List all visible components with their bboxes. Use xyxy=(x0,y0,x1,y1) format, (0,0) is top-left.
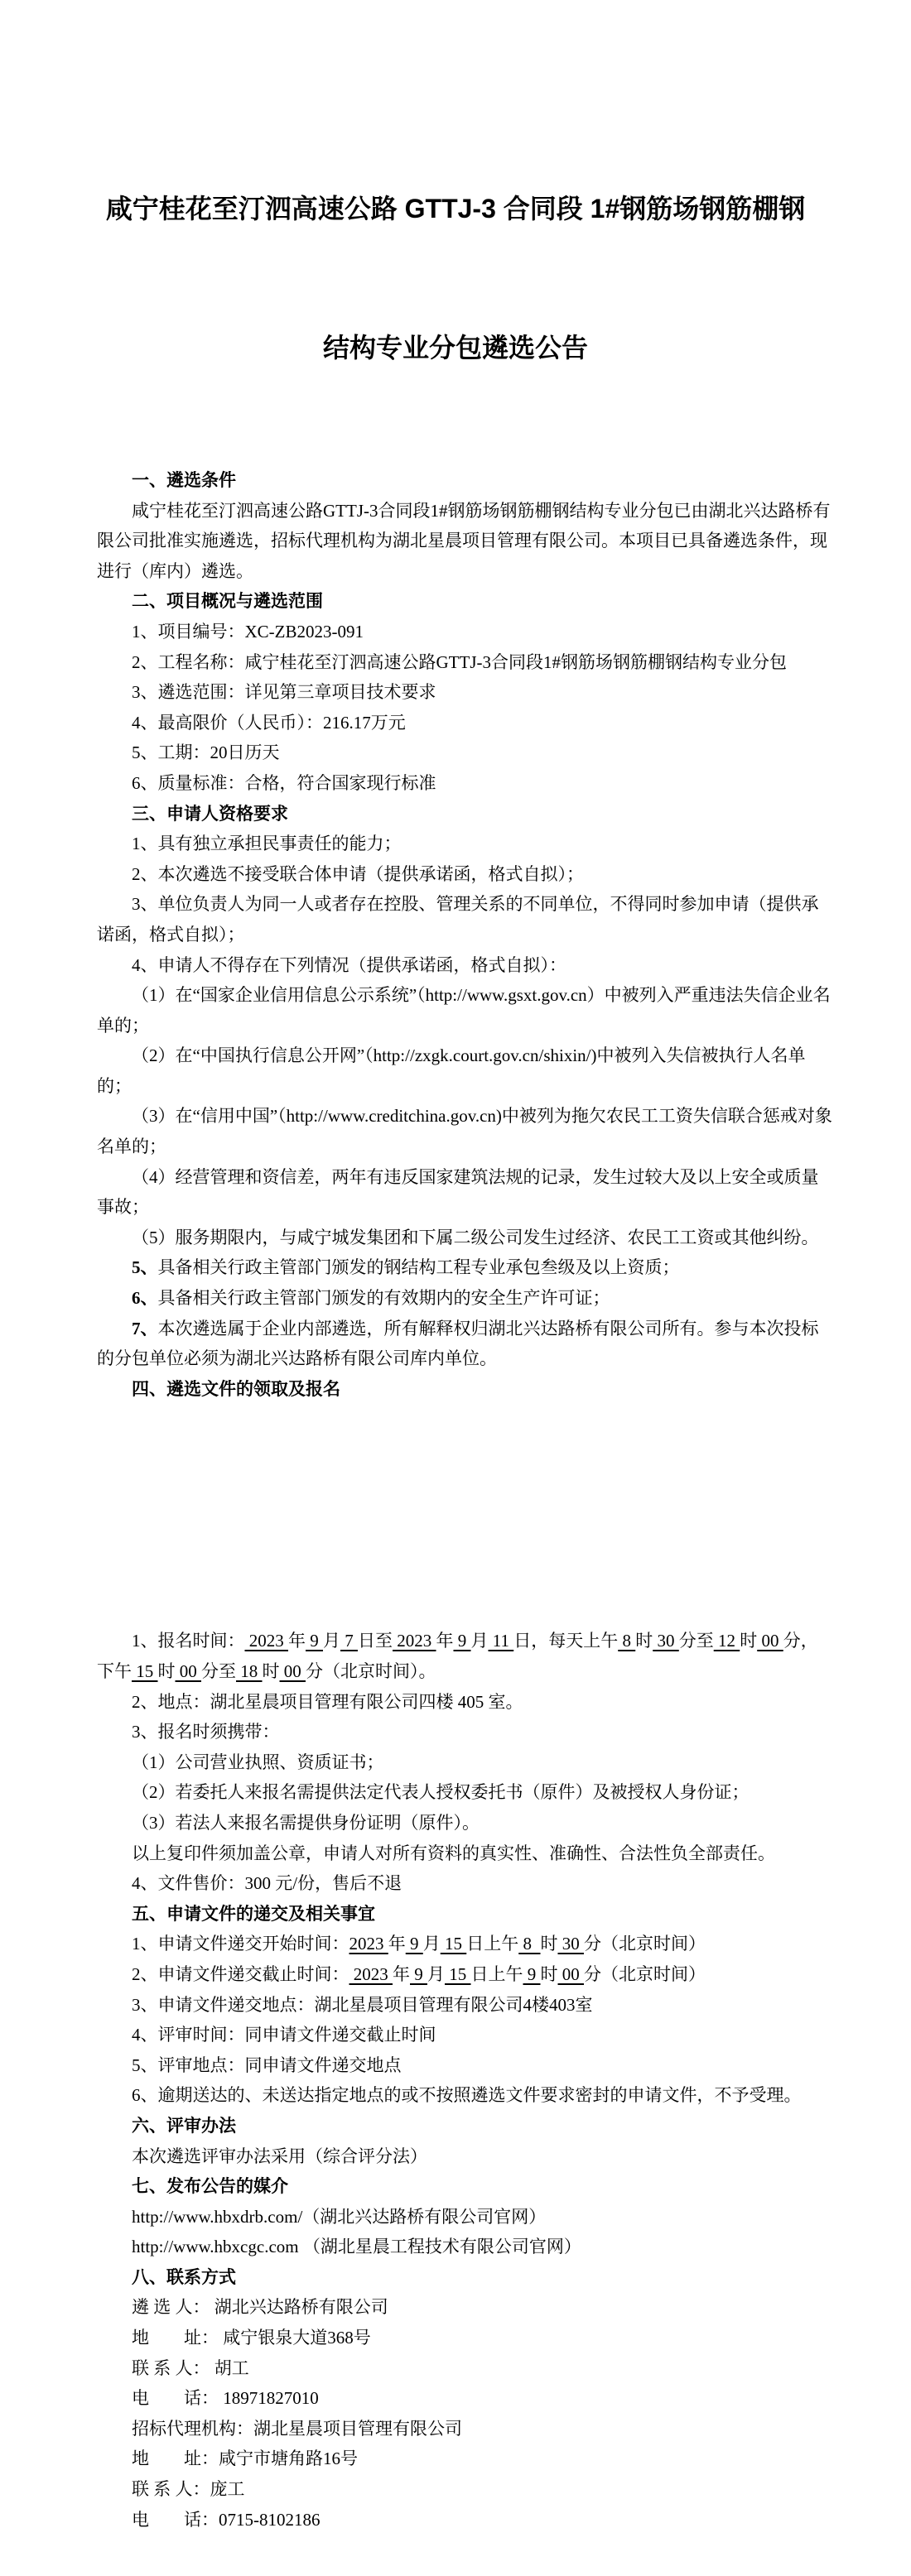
selector-address-line: 地 址： 咸宁银泉大道368号 xyxy=(97,2323,834,2353)
text-segment: 年 xyxy=(393,1964,410,1984)
underlined-value: 18 xyxy=(236,1661,263,1681)
underlined-value: 11 xyxy=(489,1631,514,1651)
underlined-value: 8 xyxy=(518,1934,540,1954)
agency-address-line: 地 址：咸宁市塘角路16号 xyxy=(97,2444,834,2474)
text-segment: 6、 xyxy=(132,1288,158,1308)
bring-item-3: （3）若法人来报名需提供身份证明（原件）。 xyxy=(97,1808,834,1838)
text-segment: 年 xyxy=(388,1934,406,1954)
submission-start-line: 1、申请文件递交开始时间：2023 年 9 月 15 日上午 8 时 30 分（… xyxy=(97,1929,834,1959)
submission-place-line: 3、申请文件递交地点：湖北星晨项目管理有限公司4楼403室 xyxy=(97,1990,834,2021)
text-segment: 日上午 xyxy=(466,1934,518,1954)
text-segment: 年 xyxy=(436,1631,454,1651)
registration-place-line: 2、地点：湖北星晨项目管理有限公司四楼 405 室。 xyxy=(97,1687,834,1718)
agency-phone-line: 电 话：0715-8102186 xyxy=(97,2505,834,2535)
text-segment: 月 xyxy=(427,1964,445,1984)
qualification-item-5: 5、具备相关行政主管部门颁发的钢结构工程专业承包叁级及以上资质； xyxy=(97,1252,834,1283)
section-8-heading: 八、联系方式 xyxy=(97,2262,834,2293)
underlined-value: 9 xyxy=(523,1964,541,1984)
agency-contact-line: 联 系 人：庞工 xyxy=(97,2474,834,2505)
document-title-line-1: 咸宁桂花至汀泗高速公路 GTTJ-3 合同段 1#钢筋场钢筋棚钢 xyxy=(0,185,911,232)
section-2-heading: 二、项目概况与遴选范围 xyxy=(97,586,834,617)
underlined-value: 00 xyxy=(558,1964,585,1984)
copies-note-line: 以上复印件须加盖公章，申请人对所有资料的真实性、准确性、合法性负全部责任。 xyxy=(97,1838,834,1869)
duration-line: 5、工期：20日历天 xyxy=(97,738,834,768)
text-segment: 具备相关行政主管部门颁发的有效期内的安全生产许可证； xyxy=(158,1288,610,1308)
text-segment: 日上午 xyxy=(471,1964,523,1984)
underlined-value: 30 xyxy=(653,1631,679,1651)
underlined-value: 9 xyxy=(306,1631,323,1651)
text-segment: 分至 xyxy=(201,1661,236,1681)
project-name-line: 2、工程名称：咸宁桂花至汀泗高速公路GTTJ-3合同段1#钢筋场钢筋棚钢结构专业… xyxy=(97,647,834,678)
section-7-heading: 七、发布公告的媒介 xyxy=(97,2171,834,2202)
document-title: 咸宁桂花至汀泗高速公路 GTTJ-3 合同段 1#钢筋场钢筋棚钢 结构专业分包遴… xyxy=(0,93,911,464)
qualification-item-4-sub-3: （3）在“信用中国”（http://www.creditchina.gov.cn… xyxy=(97,1101,834,1161)
underlined-value: 7 xyxy=(340,1631,358,1651)
registration-time-line: 1、报名时间： 2023 年 9 月 7 日至 2023 年 9 月 11 日，… xyxy=(97,1626,834,1686)
text-segment: 分（北京时间）。 xyxy=(306,1661,436,1681)
project-number-line: 1、项目编号：XC-ZB2023-091 xyxy=(97,617,834,647)
max-price-line: 4、最高限价（人民币）：216.17万元 xyxy=(97,708,834,738)
underlined-value: 00 xyxy=(757,1631,783,1651)
qualification-item-7: 7、本次遴选属于企业内部遴选，所有解释权归湖北兴达路桥有限公司所有。参与本次投标… xyxy=(97,1314,834,1374)
selector-phone-line: 电 话： 18971827010 xyxy=(97,2383,834,2414)
text-segment: 日至 xyxy=(358,1631,393,1651)
text-segment: 月 xyxy=(423,1934,441,1954)
underlined-value: 2023 xyxy=(349,1934,388,1954)
text-segment: 具备相关行政主管部门颁发的钢结构工程专业承包叁级及以上资质； xyxy=(158,1257,680,1277)
text-segment: 年 xyxy=(288,1631,306,1651)
section-1-heading: 一、遴选条件 xyxy=(97,465,834,496)
text-segment: 时 xyxy=(541,1934,558,1954)
underlined-value: 9 xyxy=(410,1964,427,1984)
qualification-item-1: 1、具有独立承担民事责任的能力； xyxy=(97,829,834,859)
section-5-heading: 五、申请文件的递交及相关事宜 xyxy=(97,1899,834,1930)
qualification-item-4: 4、申请人不得存在下列情况（提供承诺函，格式自拟）： xyxy=(97,950,834,981)
text-segment: 月 xyxy=(471,1631,489,1651)
qualification-item-3: 3、单位负责人为同一人或者存在控股、管理关系的不同单位，不得同时参加申请（提供承… xyxy=(97,889,834,949)
section-6-heading: 六、评审办法 xyxy=(97,2111,834,2141)
text-segment: 分（北京时间） xyxy=(584,1964,706,1984)
text-segment: 月 xyxy=(323,1631,340,1651)
text-segment: 分（北京时间） xyxy=(584,1934,706,1954)
review-place-line: 5、评审地点：同申请文件递交地点 xyxy=(97,2050,834,2081)
text-segment: 分至 xyxy=(679,1631,714,1651)
underlined-value: 00 xyxy=(280,1661,306,1681)
section-1-paragraph: 咸宁桂花至汀泗高速公路GTTJ-3合同段1#钢筋场钢筋棚钢结构专业分包已由湖北兴… xyxy=(97,496,834,587)
text-segment: 5、 xyxy=(132,1257,158,1277)
selector-name-line: 遴 选 人： 湖北兴达路桥有限公司 xyxy=(97,2292,834,2323)
underlined-value: 2023 xyxy=(393,1631,436,1651)
media-link-hbxdrb: http://www.hbxdrb.com/（湖北兴达路桥有限公司官网） xyxy=(97,2202,834,2232)
media-link-hbxcgc: http://www.hbxcgc.com （湖北星晨工程技术有限公司官网） xyxy=(97,2232,834,2262)
section-4-heading: 四、遴选文件的领取及报名 xyxy=(97,1374,834,1405)
review-time-line: 4、评审时间：同申请文件递交截止时间 xyxy=(97,2020,834,2050)
section-3-heading: 三、申请人资格要求 xyxy=(97,799,834,829)
text-segment: 1、报名时间： xyxy=(132,1631,245,1651)
underlined-value: 00 xyxy=(176,1661,202,1681)
qualification-item-2: 2、本次遴选不接受联合体申请（提供承诺函，格式自拟）； xyxy=(97,859,834,890)
text-segment: 2、申请文件递交截止时间： xyxy=(132,1964,349,1984)
text-segment: 时 xyxy=(740,1631,757,1651)
underlined-value: 9 xyxy=(406,1934,423,1954)
underlined-value: 12 xyxy=(714,1631,740,1651)
qualification-item-4-sub-1: （1）在“国家企业信用信息公示系统”（http://www.gsxt.gov.c… xyxy=(97,980,834,1040)
underlined-value: 15 xyxy=(132,1661,158,1681)
text-segment: 日，每天上午 xyxy=(513,1631,618,1651)
underlined-value: 9 xyxy=(454,1631,471,1651)
qualification-item-6: 6、具备相关行政主管部门颁发的有效期内的安全生产许可证； xyxy=(97,1283,834,1314)
announcement-document: 咸宁桂花至汀泗高速公路 GTTJ-3 合同段 1#钢筋场钢筋棚钢 结构专业分包遴… xyxy=(0,0,911,2535)
underlined-value: 2023 xyxy=(245,1631,289,1651)
text-segment: 时 xyxy=(635,1631,653,1651)
review-method-line: 本次遴选评审办法采用（综合评分法） xyxy=(97,2141,834,2172)
text-segment: 时 xyxy=(541,1964,558,1984)
qualification-item-4-sub-2: （2）在“中国执行信息公开网”（http://zxgk.court.gov.cn… xyxy=(97,1040,834,1101)
bring-item-1: （1）公司营业执照、资质证书； xyxy=(97,1747,834,1778)
late-delivery-line: 6、逾期送达的、未送达指定地点的或不按照遴选文件要求密封的申请文件，不予受理。 xyxy=(97,2080,834,2111)
text-segment: 本次遴选属于企业内部遴选，所有解释权归湖北兴达路桥有限公司所有。参与本次投标的分… xyxy=(97,1319,819,1369)
selection-scope-line: 3、遴选范围：详见第三章项目技术要求 xyxy=(97,677,834,708)
underlined-value: 8 xyxy=(618,1631,635,1651)
underlined-value: 15 xyxy=(441,1934,467,1954)
text-segment: 时 xyxy=(263,1661,280,1681)
qualification-item-4-sub-5: （5）服务期限内，与咸宁城发集团和下属二级公司发生过经济、农民工工资或其他纠纷。 xyxy=(97,1223,834,1253)
submission-deadline-line: 2、申请文件递交截止时间： 2023 年 9 月 15 日上午 9 时 00 分… xyxy=(97,1959,834,1990)
bring-item-2: （2）若委托人来报名需提供法定代表人授权委托书（原件）及被授权人身份证； xyxy=(97,1777,834,1808)
text-segment: 时 xyxy=(158,1661,176,1681)
underlined-value: 15 xyxy=(445,1964,471,1984)
document-price-line: 4、文件售价：300 元/份，售后不退 xyxy=(97,1868,834,1899)
selector-contact-line: 联 系 人： 胡工 xyxy=(97,2353,834,2384)
text-segment: 1、申请文件递交开始时间： xyxy=(132,1934,349,1954)
text-segment: 7、 xyxy=(132,1319,158,1338)
registration-bring-line: 3、报名时须携带： xyxy=(97,1717,834,1747)
qualification-item-4-sub-4: （4）经营管理和资信差，两年有违反国家建筑法规的记录，发生过较大及以上安全或质量… xyxy=(97,1162,834,1223)
document-title-line-2: 结构专业分包遴选公告 xyxy=(0,324,911,371)
agency-name-line: 招标代理机构：湖北星晨项目管理有限公司 xyxy=(97,2414,834,2444)
underlined-value: 2023 xyxy=(349,1964,393,1984)
blank-gap xyxy=(97,1404,834,1626)
underlined-value: 30 xyxy=(558,1934,585,1954)
quality-standard-line: 6、质量标准：合格，符合国家现行标准 xyxy=(97,768,834,799)
